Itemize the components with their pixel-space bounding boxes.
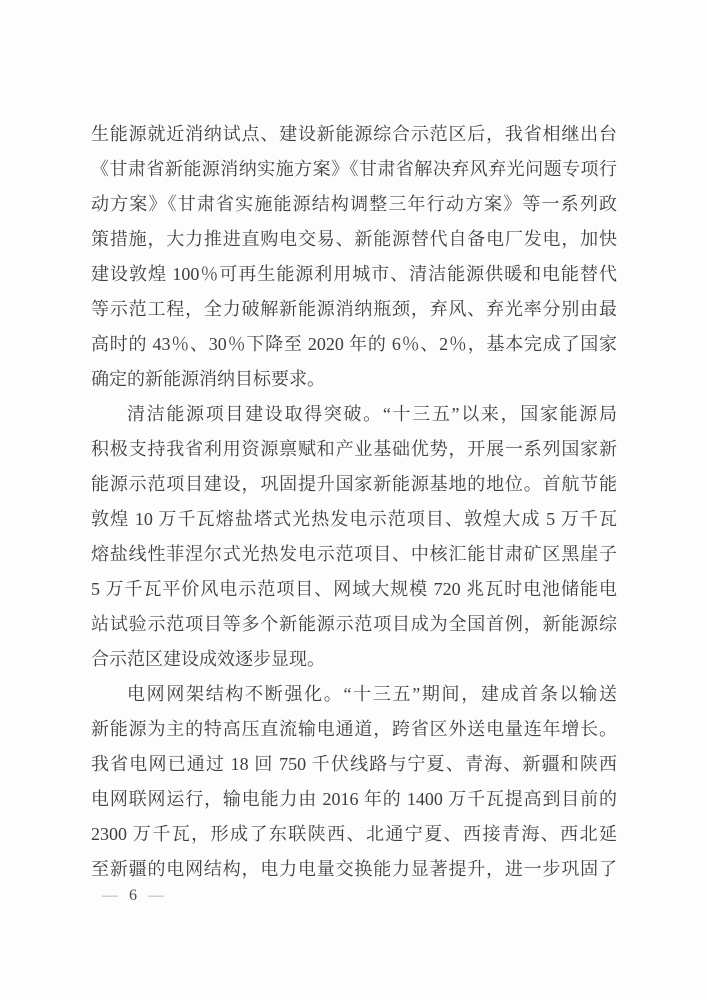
text-line: 5 万千瓦平价风电示范项目、网域大规模 720 兆瓦时电池储能电 [91, 572, 617, 607]
text-line: 动方案》《甘肃省实施能源结构调整三年行动方案》等一系列政 [91, 187, 617, 222]
text-line: 清洁能源项目建设取得突破。“十三五”以来，国家能源局 [91, 397, 617, 432]
text-line: 能源示范项目建设，巩固提升国家新能源基地的地位。首航节能 [91, 467, 617, 502]
text-line: 站试验示范项目等多个新能源示范项目成为全国首例，新能源综 [91, 607, 617, 642]
page-number: — 6 — [102, 886, 164, 906]
text-line: 合示范区建设成效逐步显现。 [91, 642, 617, 677]
text-line: 熔盐线性菲涅尔式光热发电示范项目、中核汇能甘肃矿区黑崖子 [91, 537, 617, 572]
page-number-right-dash: — [148, 886, 164, 906]
document-body: 生能源就近消纳试点、建设新能源综合示范区后，我省相继出台 《甘肃省新能源消纳实施… [91, 117, 617, 887]
text-line: 生能源就近消纳试点、建设新能源综合示范区后，我省相继出台 [91, 117, 617, 152]
page-number-value: 6 [129, 886, 137, 906]
document-page: 生能源就近消纳试点、建设新能源综合示范区后，我省相继出台 《甘肃省新能源消纳实施… [0, 0, 707, 1000]
text-line: 我省电网已通过 18 回 750 千伏线路与宁夏、青海、新疆和陕西 [91, 747, 617, 782]
text-line: 积极支持我省利用资源禀赋和产业基础优势，开展一系列国家新 [91, 432, 617, 467]
page-number-left-dash: — [102, 886, 118, 906]
text-line: 至新疆的电网结构，电力电量交换能力显著提升，进一步巩固了 [91, 852, 617, 887]
text-line: 《甘肃省新能源消纳实施方案》《甘肃省解决弃风弃光问题专项行 [91, 152, 617, 187]
text-line: 等示范工程，全力破解新能源消纳瓶颈，弃风、弃光率分别由最 [91, 292, 617, 327]
text-line: 新能源为主的特高压直流输电通道，跨省区外送电量连年增长。 [91, 712, 617, 747]
text-line: 电网联网运行，输电能力由 2016 年的 1400 万千瓦提高到目前的 [91, 782, 617, 817]
text-line: 策措施，大力推进直购电交易、新能源替代自备电厂发电，加快 [91, 222, 617, 257]
text-line: 高时的 43％、30％下降至 2020 年的 6％、2％，基本完成了国家 [91, 327, 617, 362]
text-line: 敦煌 10 万千瓦熔盐塔式光热发电示范项目、敦煌大成 5 万千瓦 [91, 502, 617, 537]
text-line: 确定的新能源消纳目标要求。 [91, 362, 617, 397]
text-line: 电网网架结构不断强化。“十三五”期间，建成首条以输送 [91, 677, 617, 712]
text-line: 建设敦煌 100％可再生能源利用城市、清洁能源供暖和电能替代 [91, 257, 617, 292]
text-line: 2300 万千瓦，形成了东联陕西、北通宁夏、西接青海、西北延 [91, 817, 617, 852]
